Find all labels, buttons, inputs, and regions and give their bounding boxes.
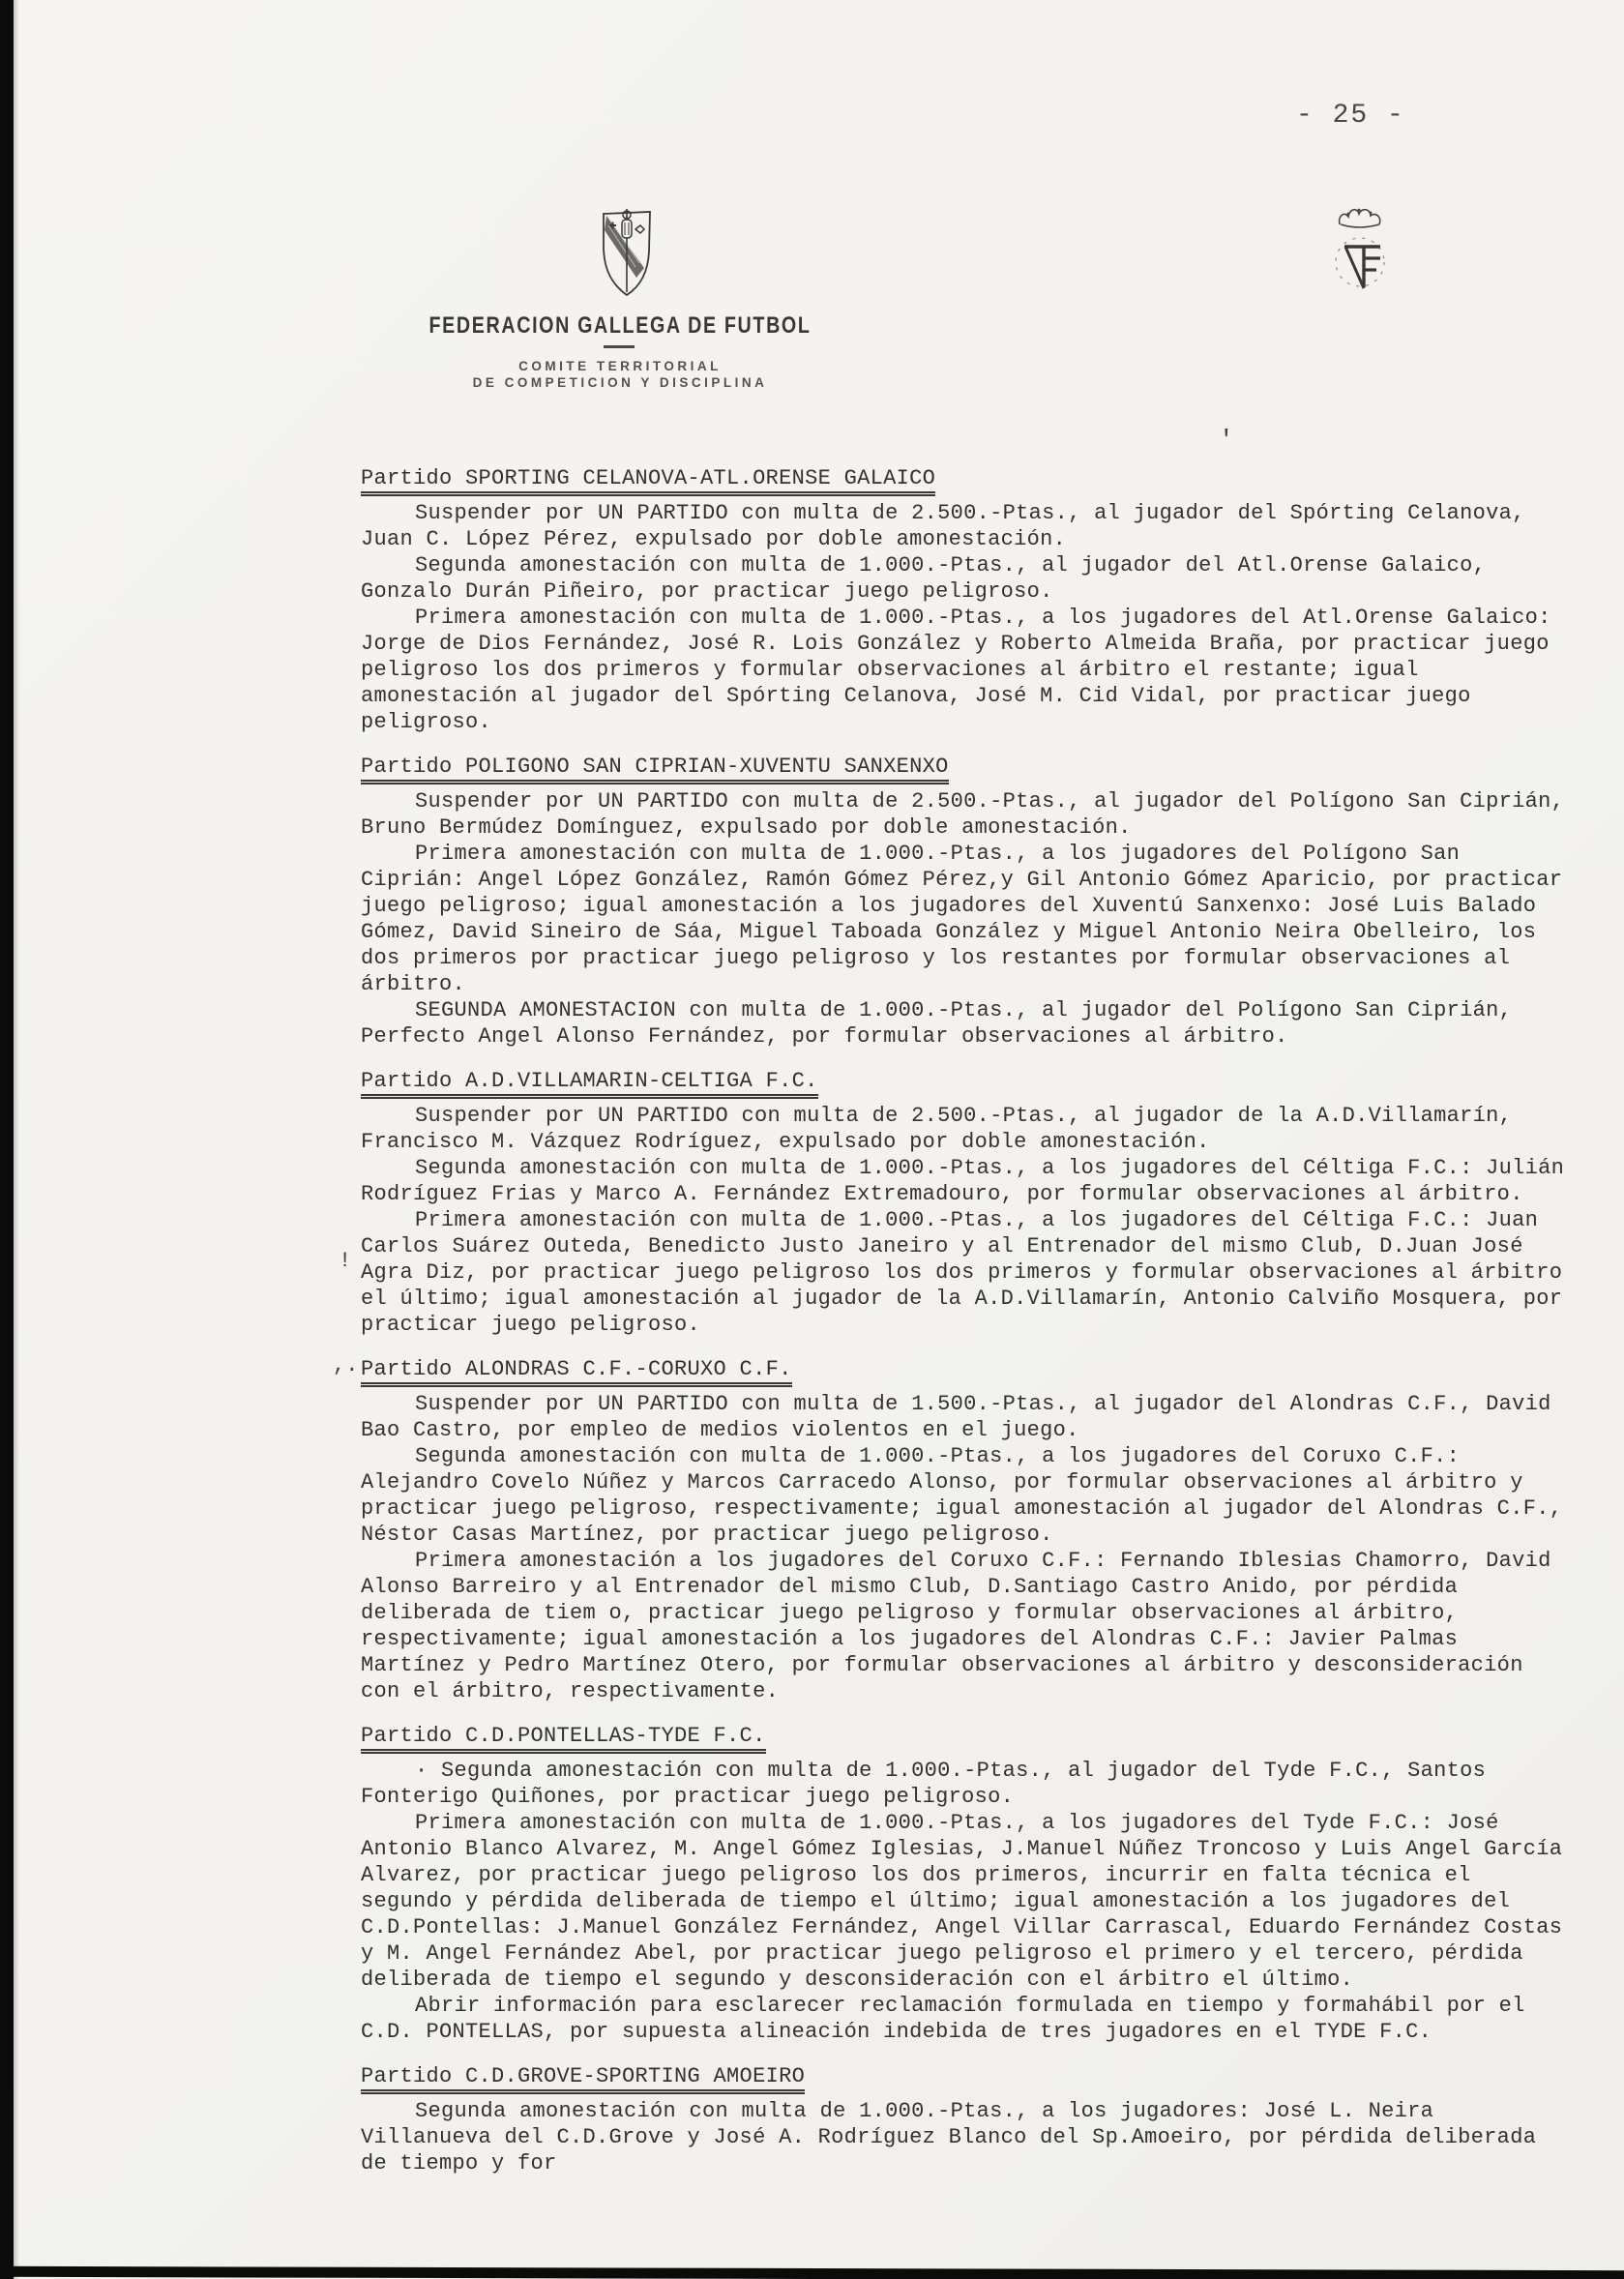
letterhead-title: FEDERACION GALLEGA DE FUTBOL (428, 312, 811, 340)
sanction-paragraph: Primera amonestación con multa de 1.000.… (361, 1810, 1572, 1993)
stray-mark-exclamation: ! (339, 1251, 351, 1272)
document-body: Partido SPORTING CELANOVA-ATL.ORENSE GAL… (361, 447, 1572, 2176)
match-heading: Partido ALONDRAS C.F.-CORUXO C.F. (361, 1356, 1572, 1382)
match-section: Partido C.D.PONTELLAS-TYDE F.C. · Segund… (361, 1723, 1572, 2045)
sanction-paragraph: Primera amonestación con multa de 1.000.… (361, 841, 1572, 997)
sanction-paragraph: Segunda amonestación con multa de 1.000.… (361, 1155, 1572, 1207)
sanction-paragraph: Primera amonestación a los jugadores del… (361, 1548, 1572, 1704)
sanction-paragraph: Suspender por UN PARTIDO con multa de 2.… (361, 788, 1572, 841)
letterhead-rule (604, 345, 635, 348)
sanction-paragraph: Primera amonestación con multa de 1.000.… (361, 605, 1572, 735)
sanction-paragraph: Segunda amonestación con multa de 1.000.… (361, 1443, 1572, 1548)
match-heading: Partido C.D.PONTELLAS-TYDE F.C. (361, 1723, 1572, 1749)
letterhead-subtitle-1: COMITE TERRITORIAL (518, 359, 722, 373)
match-section: Partido POLIGONO SAN CIPRIAN-XUVENTU SAN… (361, 754, 1572, 1050)
sanction-paragraph: Segunda amonestación con multa de 1.000.… (361, 552, 1572, 605)
match-heading: Partido A.D.VILLAMARIN-CELTIGA F.C. (361, 1068, 1572, 1094)
stray-mark-comma-dot: ,. (333, 1355, 358, 1376)
sanction-paragraph: · Segunda amonestación con multa de 1.00… (361, 1758, 1572, 1810)
scan-edge-bottom (0, 2266, 1624, 2279)
crowned-fgf-monogram-icon (1332, 203, 1388, 294)
page-number: - 25 - (1296, 101, 1405, 131)
sanction-paragraph: Primera amonestación con multa de 1.000.… (361, 1207, 1572, 1338)
scanned-document-page: - 25 - FEDERACION GALLEGA DE FUTBOL COMI… (0, 0, 1624, 2279)
sanction-paragraph: Suspender por UN PARTIDO con multa de 2.… (361, 500, 1572, 552)
sanction-paragraph: SEGUNDA AMONESTACION con multa de 1.000.… (361, 997, 1572, 1050)
sanction-paragraph: Suspender por UN PARTIDO con multa de 2.… (361, 1103, 1572, 1155)
match-section: Partido SPORTING CELANOVA-ATL.ORENSE GAL… (361, 465, 1572, 735)
sanction-paragraph: Segunda amonestación con multa de 1.000.… (361, 2098, 1572, 2176)
match-heading: Partido C.D.GROVE-SPORTING AMOEIRO (361, 2063, 1572, 2089)
match-section: Partido C.D.GROVE-SPORTING AMOEIRO Segun… (361, 2063, 1572, 2176)
match-section: Partido ALONDRAS C.F.-CORUXO C.F. Suspen… (361, 1356, 1572, 1704)
match-section: Partido A.D.VILLAMARIN-CELTIGA F.C. Susp… (361, 1068, 1572, 1338)
scan-edge-left (0, 0, 14, 2279)
sanction-paragraph: Suspender por UN PARTIDO con multa de 1.… (361, 1391, 1572, 1443)
sanction-paragraph: Abrir información para esclarecer reclam… (361, 1993, 1572, 2045)
match-heading: Partido SPORTING CELANOVA-ATL.ORENSE GAL… (361, 465, 1572, 491)
match-heading: Partido POLIGONO SAN CIPRIAN-XUVENTU SAN… (361, 754, 1572, 780)
letterhead-subtitle-2: DE COMPETICION Y DISCIPLINA (473, 375, 768, 390)
heraldic-shield-icon (597, 207, 657, 300)
